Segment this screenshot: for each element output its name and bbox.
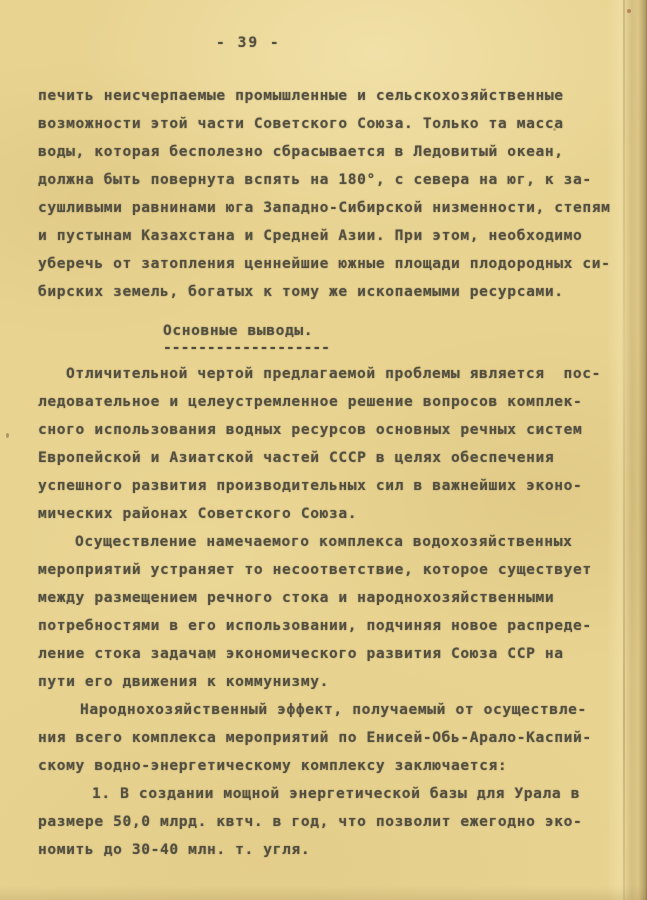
text-line: номить до 30-40 млн. т. угля. [38,836,647,864]
numbered-item: 1. В создании мощной энергетической базы… [38,780,647,864]
text-line: Народнохозяйственный эффект, получаемый … [38,696,647,724]
text-line: сного использования водных ресурсов осно… [38,416,647,444]
text-line: печить неисчерпаемые промышленные и сель… [38,82,647,110]
text-line: мических районах Советского Союза. [38,500,647,528]
page-bottom-shadow [0,886,647,900]
paragraph-continuation: печить неисчерпаемые промышленные и сель… [38,82,647,306]
text-line: пути его движения к коммунизму. [38,668,647,696]
section-heading-text: Основные выводы. [163,320,647,341]
text-line: 1. В создании мощной энергетической базы… [38,780,647,808]
text-line: бирских земель, богатых к тому же ископа… [38,278,647,306]
text-line: мероприятий устраняет то несоответствие,… [38,556,647,584]
text-line: должна быть повернута вспять на 180°, с … [38,166,647,194]
text-line: Европейской и Азиатской частей СССР в це… [38,444,647,472]
typewritten-text-block: - 39 - печить неисчерпаемые промышленные… [0,0,647,864]
paragraph: Народнохозяйственный эффект, получаемый … [38,696,647,780]
scanned-document-page: - 39 - печить неисчерпаемые промышленные… [0,0,647,900]
section-heading: Основные выводы. ------------------- [163,320,647,354]
paragraph: Отличительной чертой предлагаемой пробле… [38,360,647,528]
section-heading-underline: ------------------- [163,341,647,354]
text-line: воды, которая бесполезно сбрасывается в … [38,138,647,166]
paragraph: Осуществление намечаемого комплекса водо… [38,528,647,696]
text-line: успешного развития производительных сил … [38,472,647,500]
text-line: Осуществление намечаемого комплекса водо… [38,528,647,556]
text-line: и пустынам Казахстана и Средней Азии. Пр… [38,222,647,250]
text-line: сушливыми равнинами юга Западно-Сибирско… [38,194,647,222]
text-line: ление стока задачам экономического разви… [38,640,647,668]
text-line: Отличительной чертой предлагаемой пробле… [38,360,647,388]
text-line: ледовательное и целеустремленное решение… [38,388,647,416]
text-line: скому водно-энергетическому комплексу за… [38,752,647,780]
text-line: между размещением речного стока и народн… [38,584,647,612]
text-line: уберечь от затопления ценнейшие южные пл… [38,250,647,278]
text-line: потребностями в его использовании, подчи… [38,612,647,640]
text-line: ния всего комплекса мероприятий по Енисе… [38,724,647,752]
page-number: - 39 - [216,30,647,58]
text-line: возможности этой части Советского Союза.… [38,110,647,138]
text-line: размере 50,0 млрд. квтч. в год, что позв… [38,808,647,836]
